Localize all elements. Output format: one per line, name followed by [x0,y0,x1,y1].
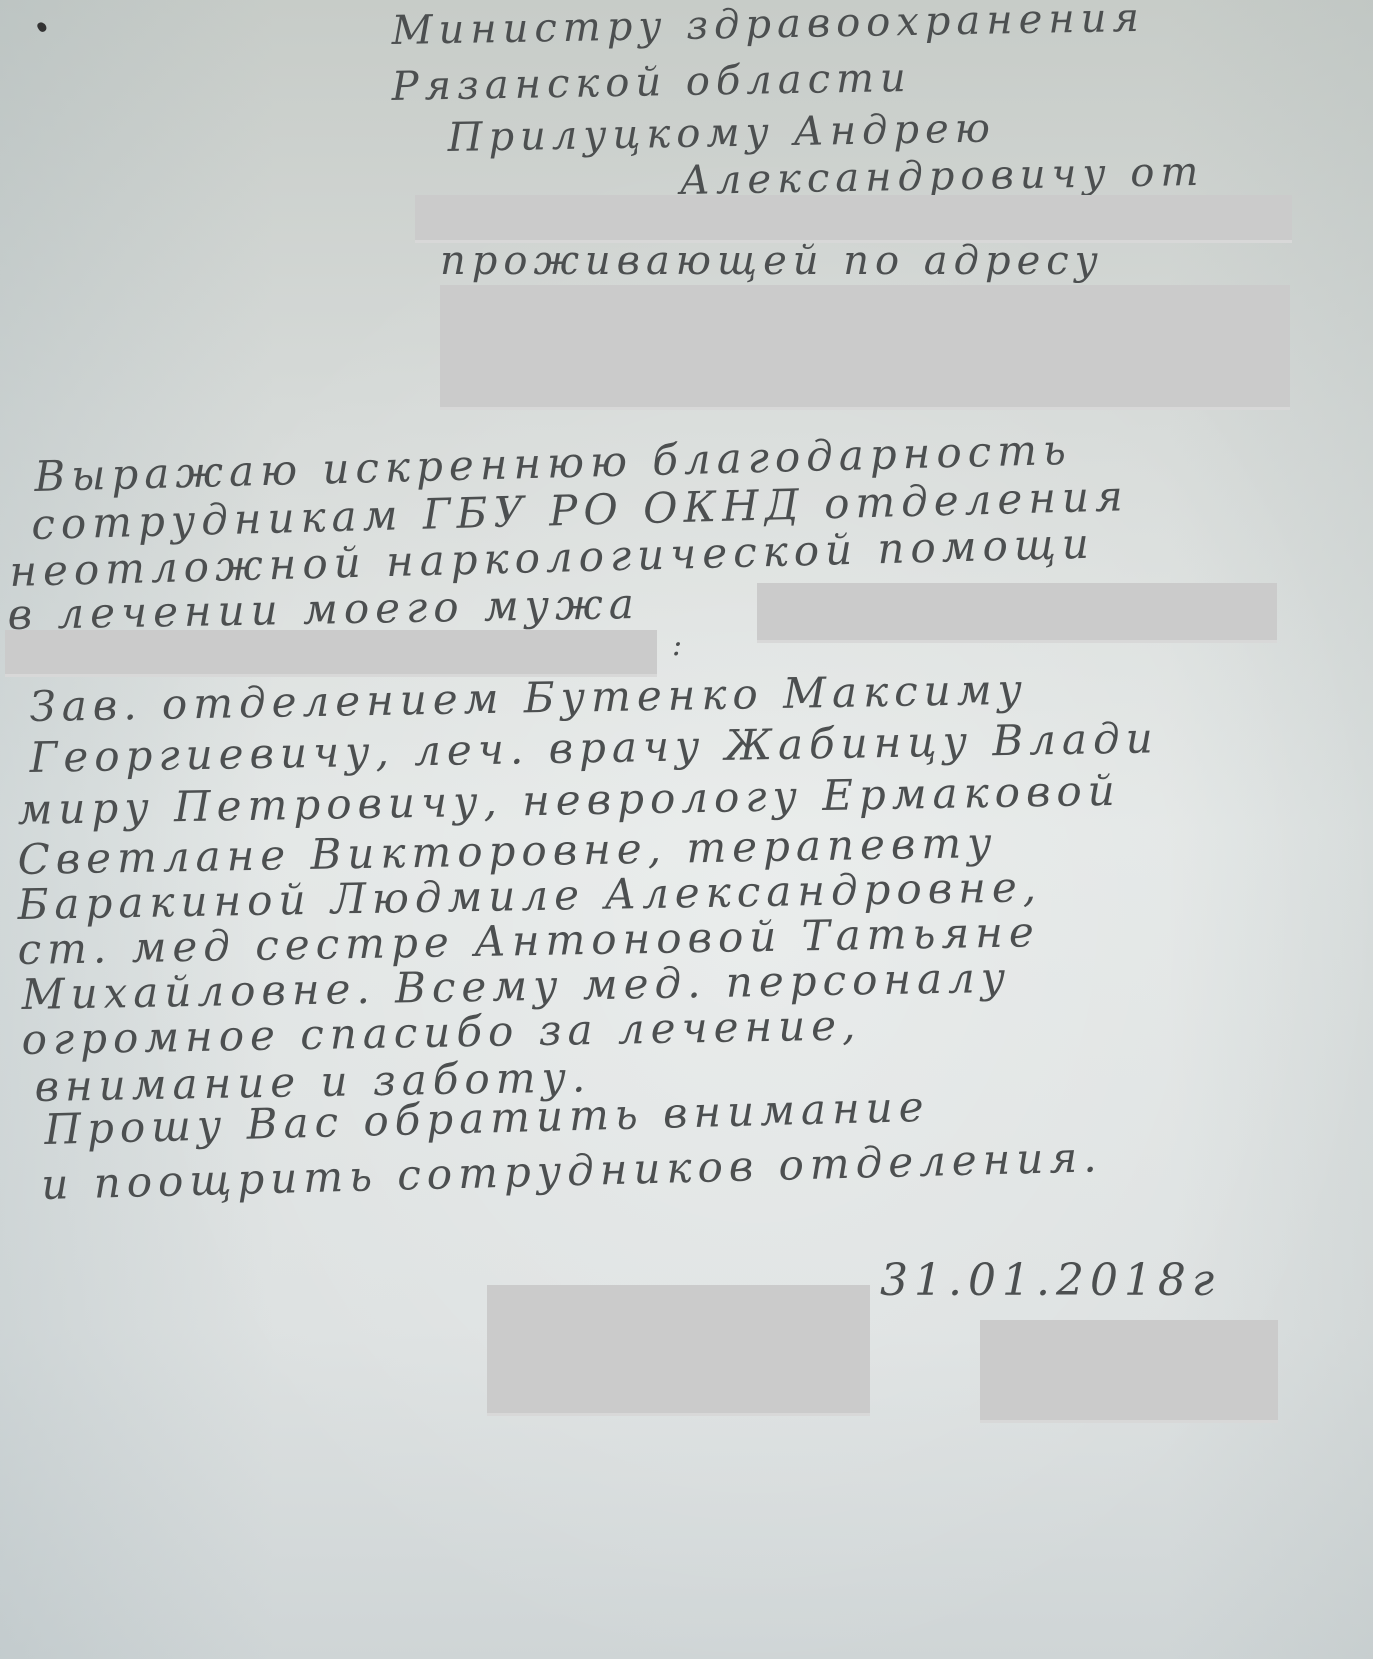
redaction-sender-address [440,285,1290,410]
redaction-sender-name [415,195,1292,243]
addressee-line-3: Прилуцкому Андрею [447,105,996,161]
redaction-signature [487,1285,870,1416]
redaction-signature-name [980,1320,1278,1423]
addressee-line-1: Министру здравоохранения [391,0,1145,54]
letter-date: 31.01.2018г [880,1255,1220,1306]
addressee-line-2: Рязанской области [391,55,912,110]
body-colon: : [672,628,688,663]
ink-mark [36,21,48,34]
residence-label: проживающей по адресу [440,238,1104,284]
redaction-husband-name [757,583,1277,643]
redaction-husband-name-continued [5,630,657,677]
